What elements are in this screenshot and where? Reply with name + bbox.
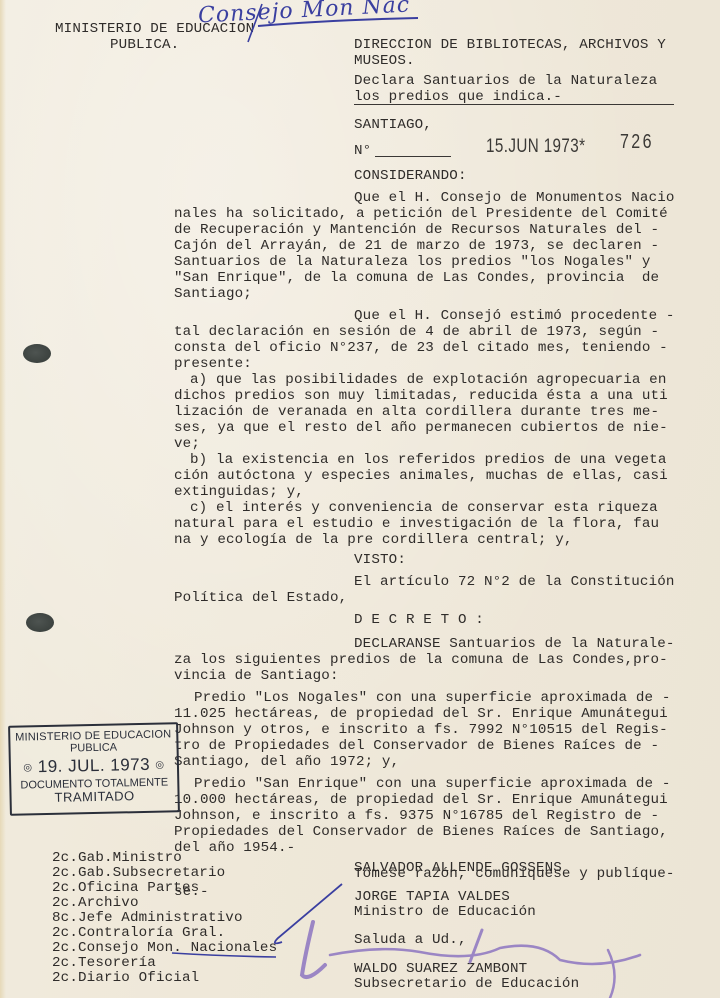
directorate-line1: DIRECCION DE BIBLIOTECAS, ARCHIVOS Y bbox=[354, 37, 666, 54]
visto-heading: VISTO: bbox=[354, 552, 406, 569]
signature-minister-title: Ministro de Educación bbox=[354, 904, 536, 921]
number-label: N° bbox=[354, 143, 371, 160]
subject-line1: Declara Santuarios de la Naturaleza bbox=[354, 73, 657, 90]
hole-punch-upper bbox=[23, 344, 51, 363]
decree-number: 726 bbox=[620, 131, 654, 154]
decreto-heading: D E C R E T O : bbox=[354, 612, 484, 629]
paper-edge bbox=[0, 0, 6, 998]
visto-line2: Política del Estado, bbox=[174, 590, 347, 607]
number-blank-line bbox=[375, 156, 451, 157]
visto-line1: El artículo 72 N°2 de la Constitución bbox=[354, 574, 675, 591]
distribution-item: 2c.Diario Oficial bbox=[52, 970, 199, 987]
ministry-line2: PUBLICA. bbox=[110, 37, 179, 54]
greeting: Saluda a Ud., bbox=[354, 932, 467, 949]
directorate-line2: MUSEOS. bbox=[354, 53, 415, 70]
subject-underline bbox=[354, 104, 674, 105]
stamp-dot-icon: ◎ bbox=[155, 760, 164, 771]
signature-president-name: SALVADOR ALLENDE GOSSENS bbox=[354, 860, 562, 877]
hole-punch-lower bbox=[26, 613, 54, 632]
stamp-date: ◎ 19. JUL. 1973 ◎ bbox=[11, 754, 177, 777]
date-stamp: 15.JUN 1973* bbox=[486, 136, 585, 158]
received-stamp: MINISTERIO DE EDUCACION PUBLICA ◎ 19. JU… bbox=[8, 722, 180, 816]
signature-subsecretary-title: Subsecretario de Educación bbox=[354, 976, 579, 993]
stamp-dot-icon: ◎ bbox=[23, 762, 32, 773]
city-label: SANTIAGO, bbox=[354, 117, 432, 134]
considerando-heading: CONSIDERANDO: bbox=[354, 168, 467, 185]
